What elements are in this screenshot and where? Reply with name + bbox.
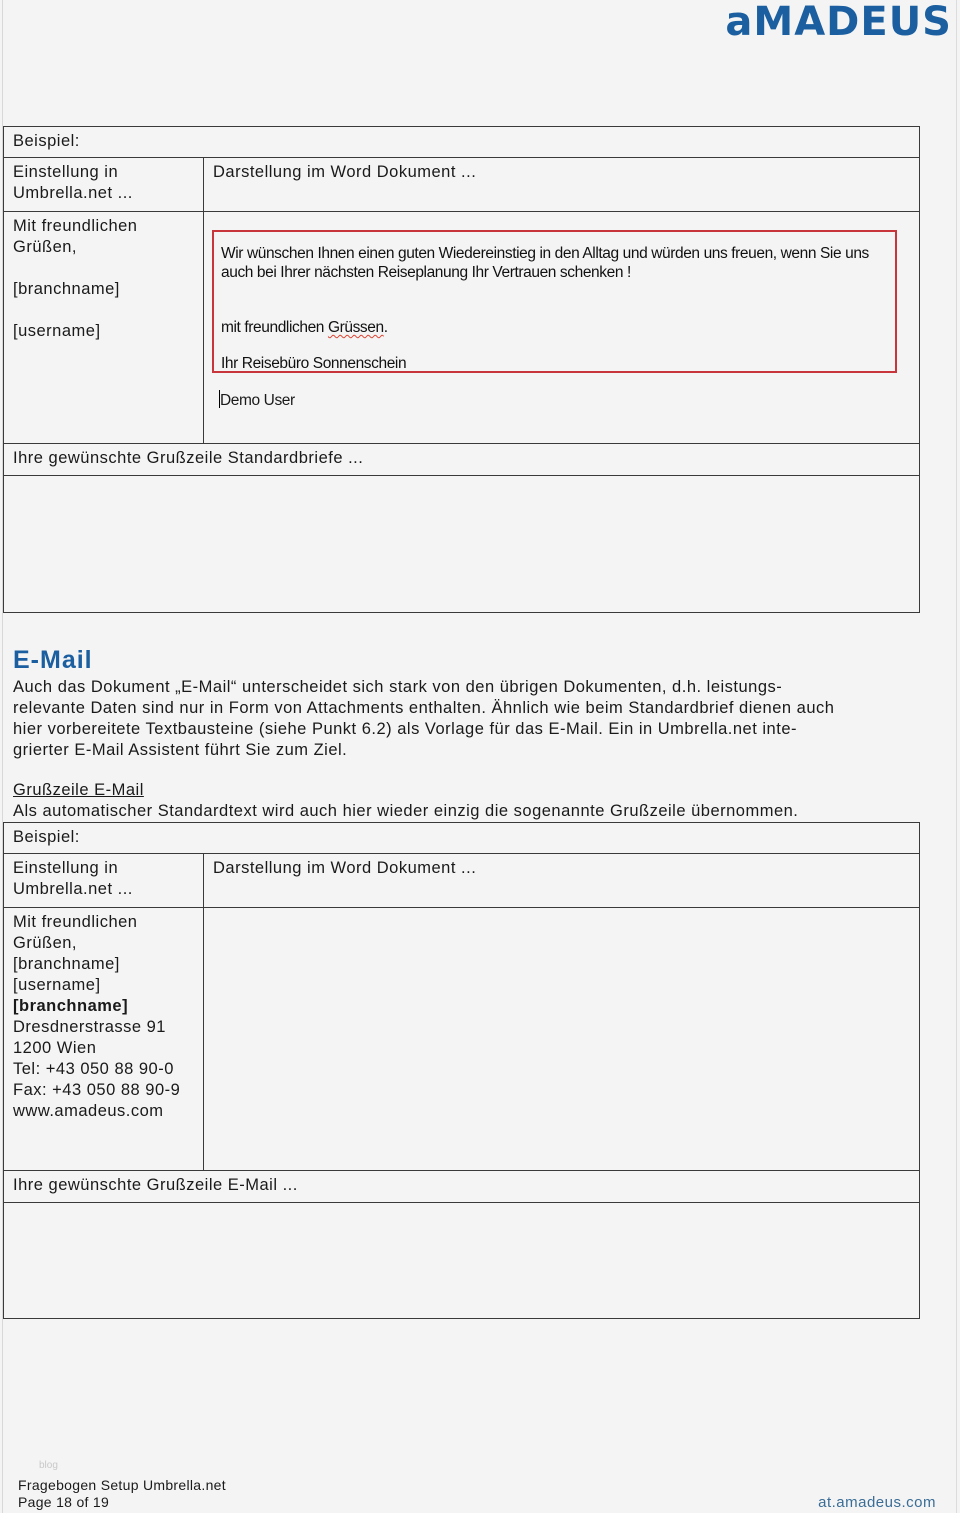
example-table-email: Beispiel: Einstellung in Umbrella.net ..… <box>3 822 920 1319</box>
paragraph-line: relevante Daten sind nur in Form von Att… <box>13 698 943 719</box>
desired-greeting-label: Ihre gewünschte Grußzeile Standardbriefe… <box>4 444 920 476</box>
spellcheck-word: Grüssen <box>328 319 384 336</box>
subsection-text: Als automatischer Standardtext wird auch… <box>13 801 798 822</box>
footer-doc-title: Fragebogen Setup Umbrella.net <box>18 1477 226 1493</box>
desired-greeting-input-area[interactable] <box>4 1203 920 1319</box>
setting-line: Dresdnerstrasse 91 <box>13 1017 194 1038</box>
amadeus-logo: aMADEUS <box>725 0 952 46</box>
page-edge-right <box>956 0 957 1513</box>
setting-line: [username] <box>13 975 194 996</box>
setting-line: [branchname] <box>13 279 194 300</box>
setting-line: [branchname] <box>13 996 194 1017</box>
preview-user-name: Demo User <box>220 392 295 409</box>
watermark: blog <box>39 1460 58 1471</box>
setting-line: www.amadeus.com <box>13 1101 194 1122</box>
setting-line: [branchname] <box>13 954 194 975</box>
preview-user: Demo User <box>219 390 295 410</box>
closing-prefix: mit freundlichen <box>221 319 328 336</box>
preview-column-header: Darstellung im Word Dokument ... <box>204 854 920 908</box>
settings-cell: Mit freundlichen Grüßen, [branchname] [u… <box>4 212 204 444</box>
setting-line: Mit freundlichen Grüßen, <box>13 216 194 258</box>
paragraph-line: Auch das Dokument „E-Mail“ unterscheidet… <box>13 677 943 698</box>
settings-column-header: Einstellung in Umbrella.net ... <box>4 158 204 212</box>
settings-cell: Mit freundlichen Grüßen,[branchname][use… <box>4 908 204 1171</box>
word-preview-cell <box>204 908 920 1171</box>
paragraph-line: grierter E-Mail Assistent führt Sie zum … <box>13 740 943 761</box>
subsection-heading: Grußzeile E-Mail <box>13 780 144 801</box>
preview-column-header: Darstellung im Word Dokument ... <box>204 158 920 212</box>
desired-greeting-input-area[interactable] <box>4 476 920 613</box>
example-label: Beispiel: <box>4 127 920 158</box>
setting-line: [username] <box>13 321 194 342</box>
footer-page-info: Page 18 of 19 <box>18 1494 109 1510</box>
setting-line: Mit freundlichen Grüßen, <box>13 912 194 954</box>
preview-sender: Ihr Reisebüro Sonnenschein <box>221 354 406 373</box>
closing-suffix: . <box>384 319 388 336</box>
setting-line: Tel: +43 050 88 90-0 <box>13 1059 194 1080</box>
preview-closing: mit freundlichen Grüssen. <box>221 318 388 337</box>
example-label: Beispiel: <box>4 823 920 854</box>
footer-website-link[interactable]: at.amadeus.com <box>818 1494 936 1511</box>
section-heading: E-Mail <box>13 646 93 675</box>
section-paragraph: Auch das Dokument „E-Mail“ unterscheidet… <box>13 677 943 761</box>
paragraph-line: hier vorbereitete Textbausteine (siehe P… <box>13 719 943 740</box>
preview-paragraph: Wir wünschen Ihnen einen guten Wiederein… <box>221 244 899 282</box>
word-preview-highlight-box: Wir wünschen Ihnen einen guten Wiederein… <box>212 230 897 373</box>
setting-line: Fax: +43 050 88 90-9 <box>13 1080 194 1101</box>
setting-line: 1200 Wien <box>13 1038 194 1059</box>
desired-greeting-label: Ihre gewünschte Grußzeile E-Mail ... <box>4 1171 920 1203</box>
settings-column-header: Einstellung in Umbrella.net ... <box>4 854 204 908</box>
